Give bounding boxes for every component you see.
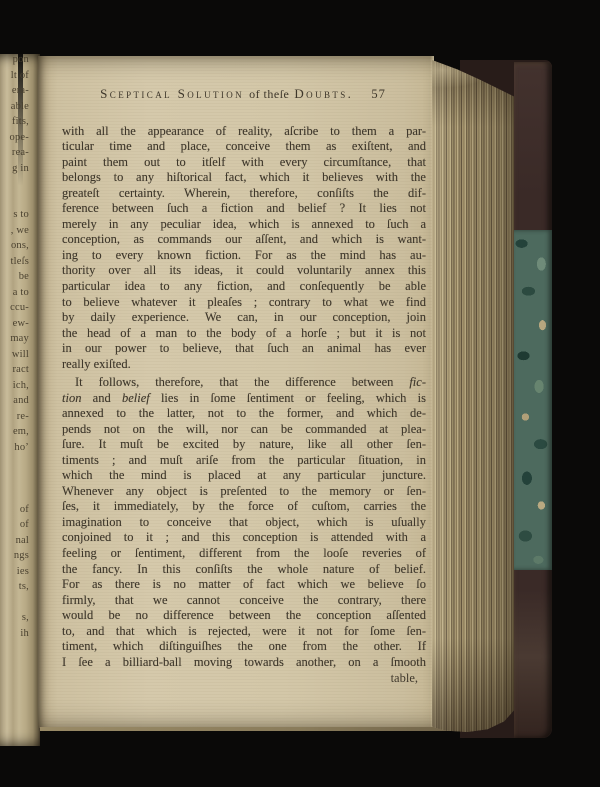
running-header: Sceptical Solution of theſe Doubts. 57 [58,86,428,102]
section-title-part1: Sceptical Solution [100,86,244,102]
paragraph-2-seg3: and [81,391,122,405]
facing-page-text-fragments: pon lt of era- able fits, ope- rea- g in… [0,52,29,641]
book-cover [514,62,552,738]
paragraph-2-seg5: lies in ſome ſentiment or feeling, which… [62,391,426,669]
section-title-part3: Doubts. [294,86,353,102]
page-number: 57 [371,87,386,102]
paragraph-1: with all the appearance of reality, aſcr… [62,108,426,388]
marbled-paper [514,230,552,570]
page-bottom-edge [40,727,468,731]
paragraph-2-italic-belief: belief [122,391,150,405]
catchword: table, [391,671,418,687]
paragraph-2-seg1: It follows, therefore, that the differen… [75,375,409,389]
paragraph-2: It follows, therefore, that the differen… [62,375,426,670]
fore-edge-pages [432,60,516,732]
book-photograph: pon lt of era- able fits, ope- rea- g in… [0,0,600,787]
paragraph-1-last-line: really exiſted. [62,357,426,373]
section-title-part2: of theſe [249,87,289,102]
paragraph-1-lines: with all the appearance of reality, aſcr… [62,124,426,356]
book-page: Sceptical Solution of theſe Doubts. 57 w… [38,56,434,728]
